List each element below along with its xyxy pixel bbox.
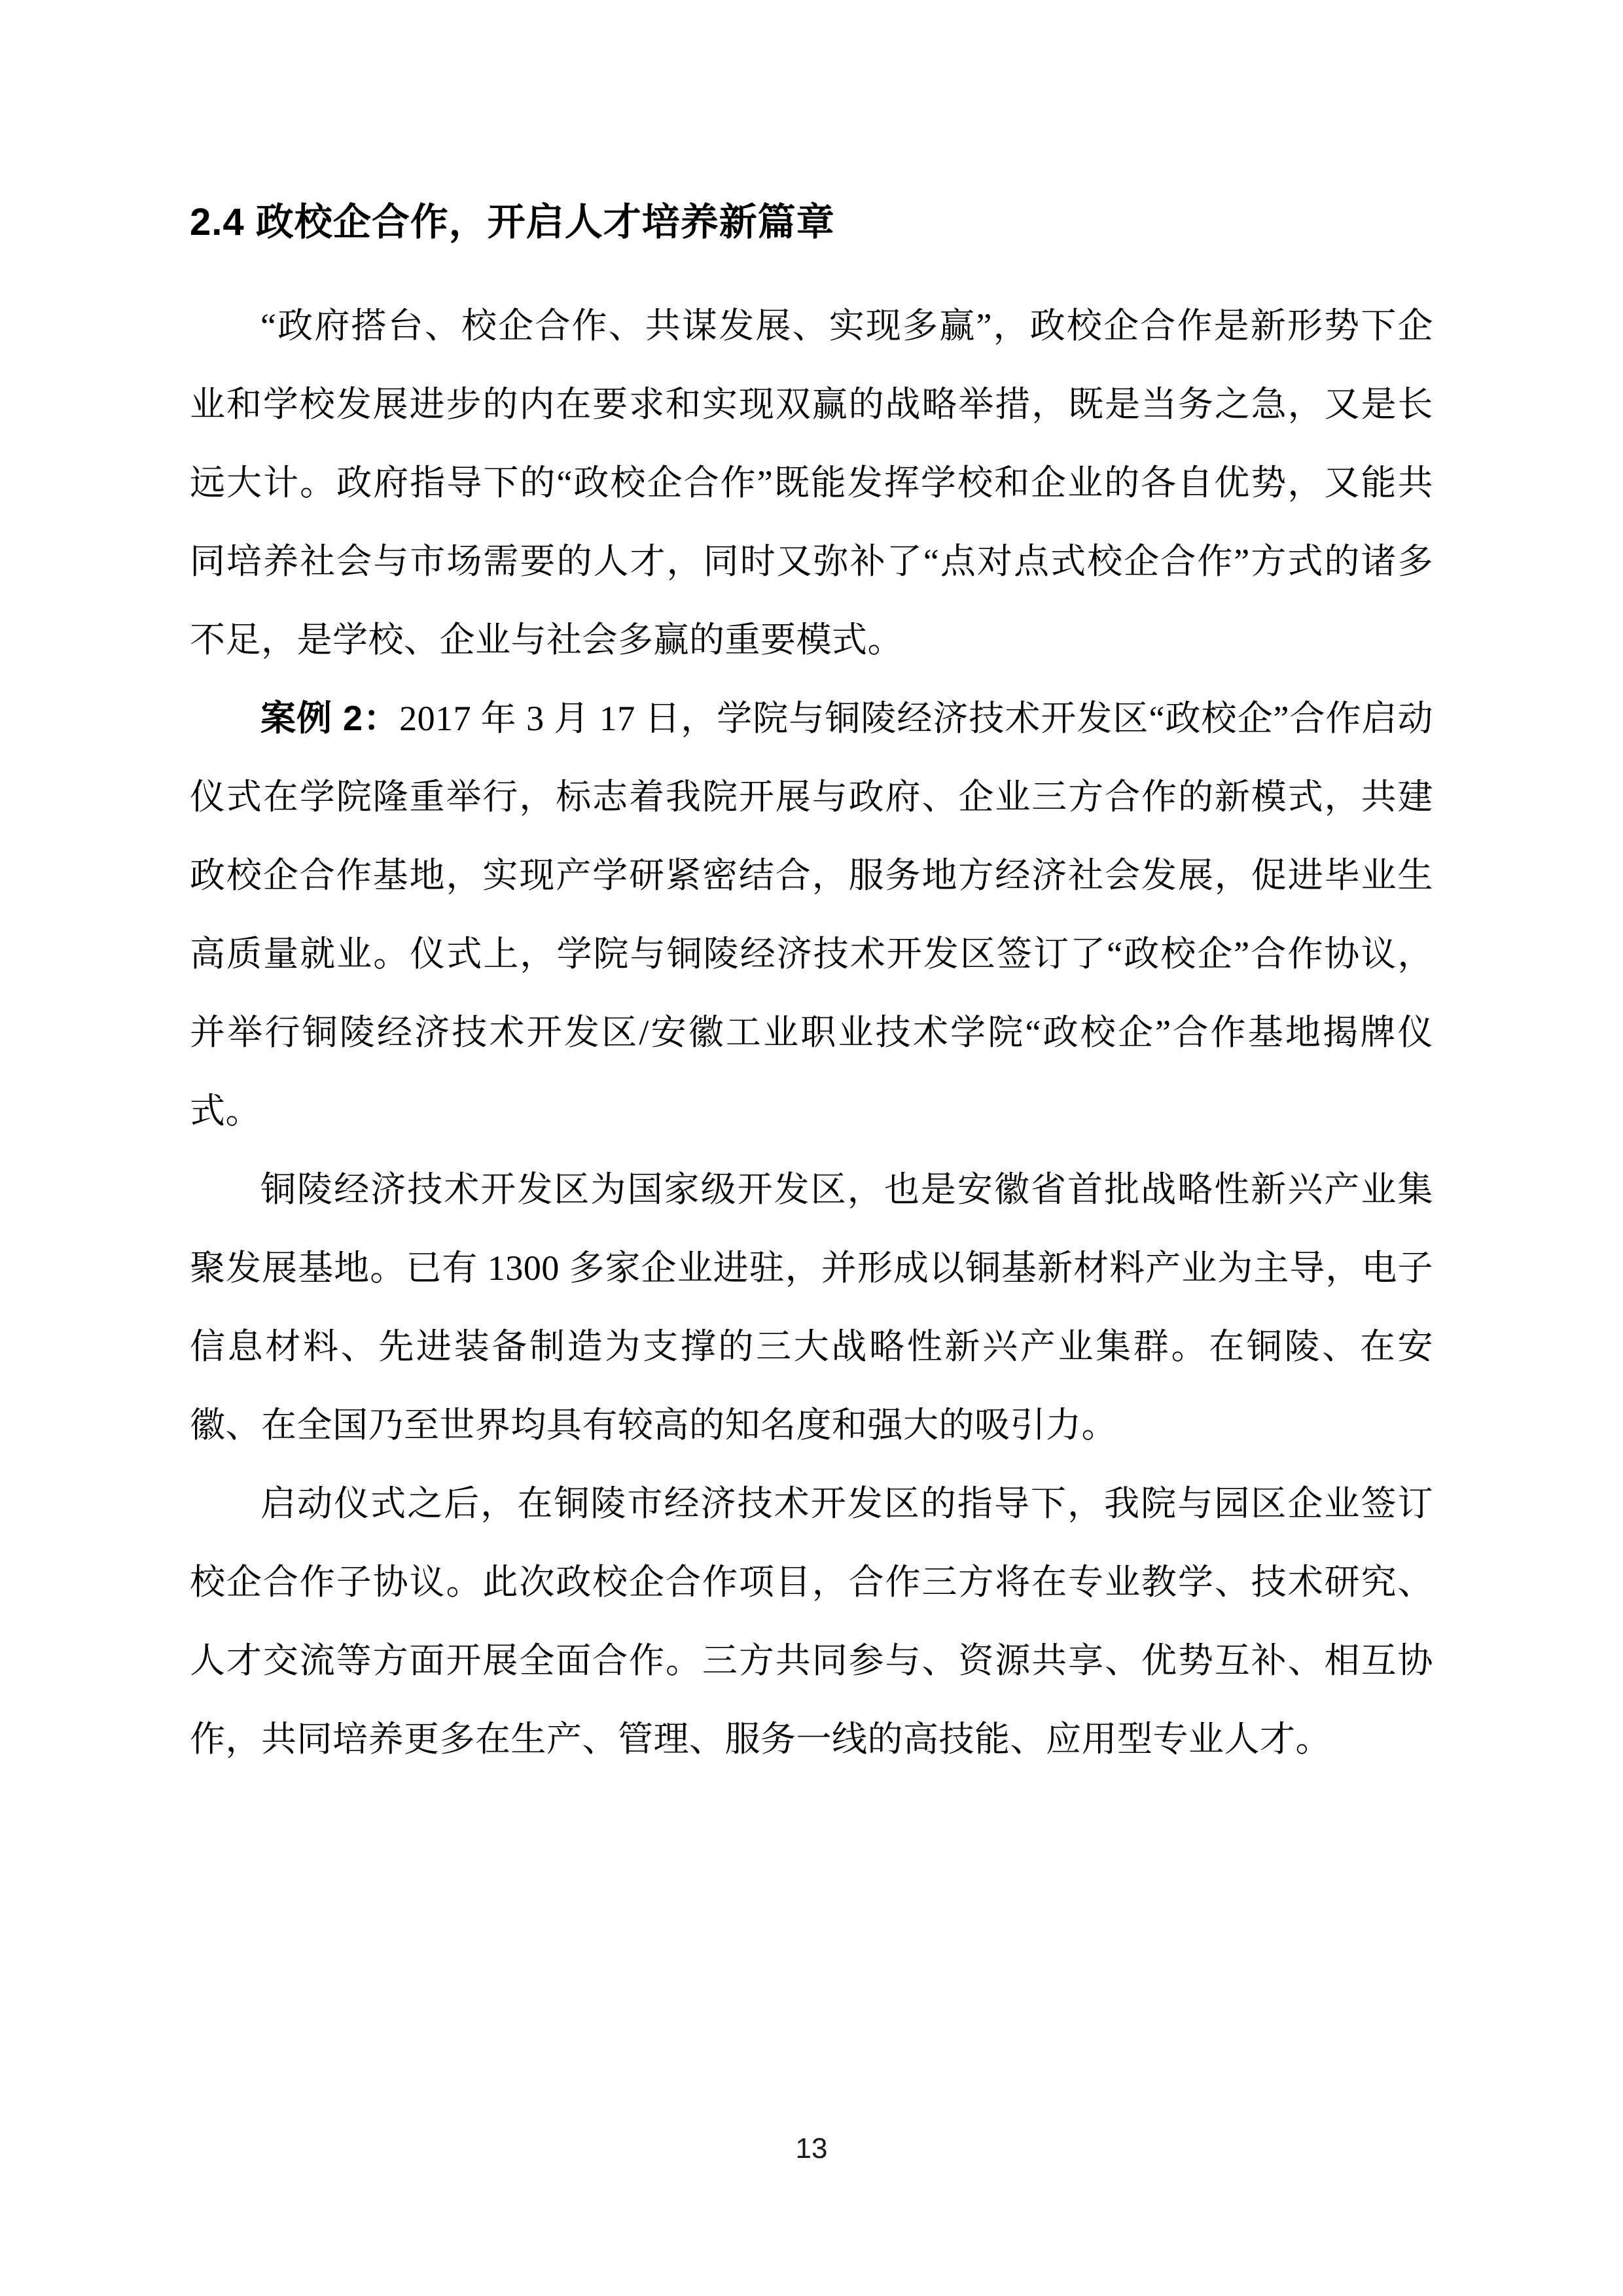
paragraph-intro: “政府搭台、校企合作、共谋发展、实现多赢”，政校企合作是新形势下企业和学校发展进… (190, 287, 1433, 679)
paragraph-case: 案例 2：2017 年 3 月 17 日，学院与铜陵经济技术开发区“政校企”合作… (190, 679, 1433, 1150)
document-page: 2.4 政校企合作，开启人才培养新篇章 “政府搭台、校企合作、共谋发展、实现多赢… (0, 0, 1623, 2296)
page-number: 13 (0, 2132, 1623, 2165)
section-heading: 2.4 政校企合作，开启人才培养新篇章 (190, 196, 1433, 249)
paragraph-development-zone: 铜陵经济技术开发区为国家级开发区，也是安徽省首批战略性新兴产业集聚发展基地。已有… (190, 1150, 1433, 1464)
case-text: 2017 年 3 月 17 日，学院与铜陵经济技术开发区“政校企”合作启动仪式在… (190, 699, 1433, 1131)
page-content: 2.4 政校企合作，开启人才培养新篇章 “政府搭台、校企合作、共谋发展、实现多赢… (190, 196, 1433, 1778)
case-label: 案例 2： (260, 699, 399, 738)
paragraph-follow-up: 启动仪式之后，在铜陵市经济技术开发区的指导下，我院与园区企业签订校企合作子协议。… (190, 1464, 1433, 1778)
